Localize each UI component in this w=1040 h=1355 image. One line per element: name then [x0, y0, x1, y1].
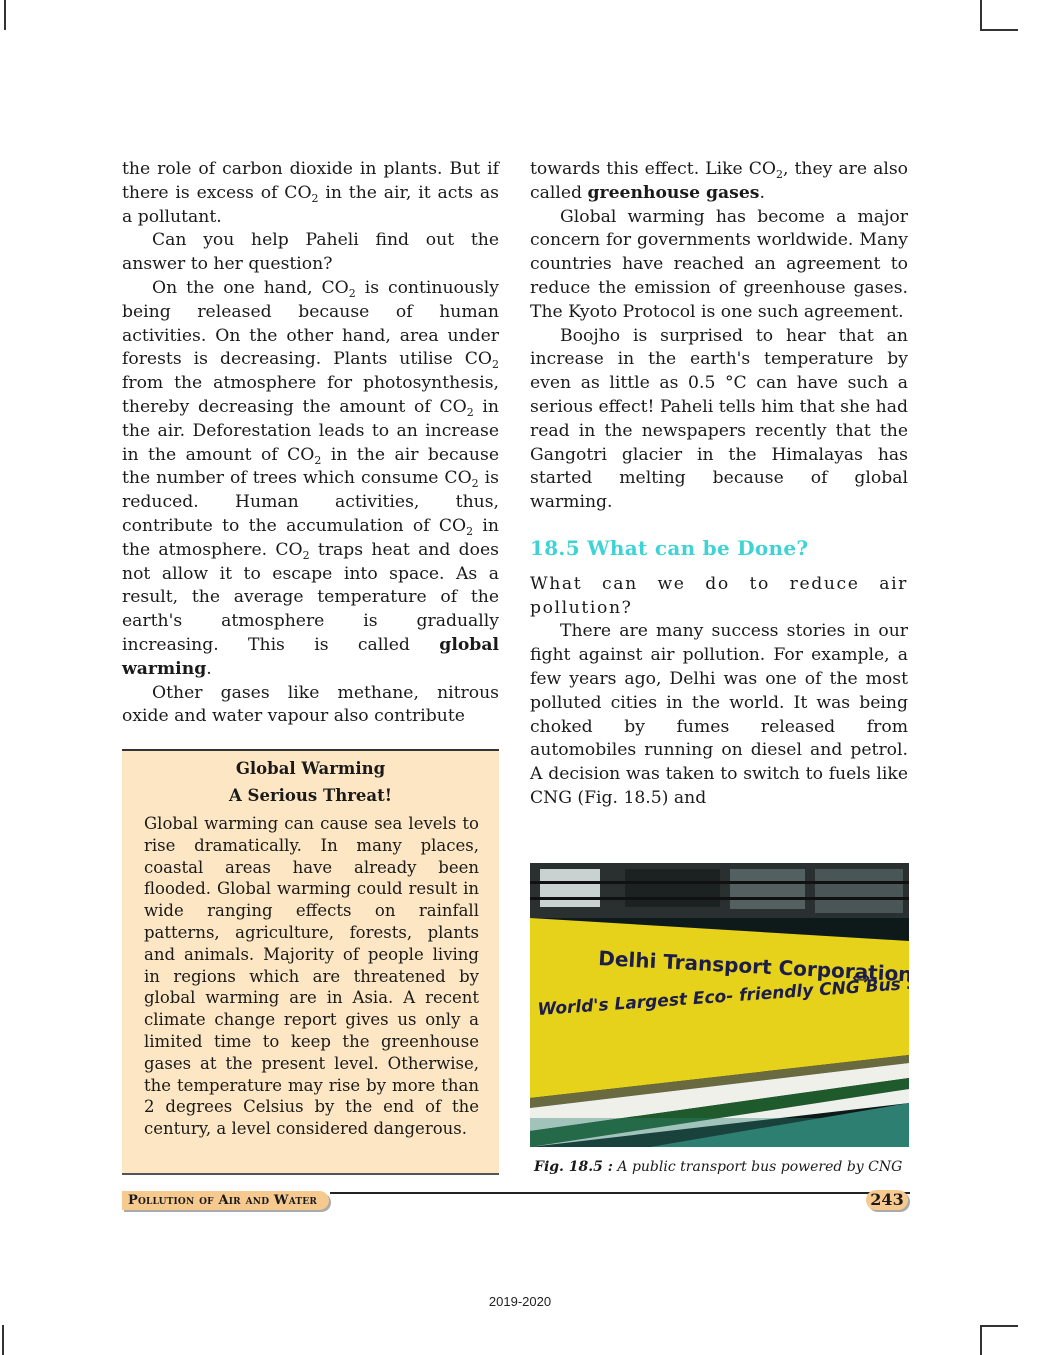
- crop-mark: [4, 0, 6, 30]
- paragraph: There are many success stories in our fi…: [530, 620, 908, 810]
- footer-rule: [330, 1192, 910, 1194]
- crop-mark: [980, 29, 1018, 31]
- figure-caption: Fig. 18.5 : A public transport bus power…: [534, 1159, 914, 1175]
- page-number: 243: [866, 1190, 908, 1210]
- bus-photo: Delhi Transport Corporation World's Larg…: [530, 863, 909, 1147]
- edition-year: 2019-2020: [0, 1294, 1040, 1309]
- right-column: towards this effect. Like CO2, they are …: [530, 158, 908, 811]
- section-heading: 18.5 What can be Done?: [530, 537, 908, 561]
- left-column: the role of carbon dioxide in plants. Bu…: [122, 158, 499, 729]
- paragraph: towards this effect. Like CO2, they are …: [530, 158, 908, 206]
- crop-mark: [2, 1325, 4, 1355]
- paragraph: On the one hand, CO2 is continuously bei…: [122, 277, 499, 682]
- box-subtitle: A Serious Threat!: [122, 786, 499, 805]
- bus-illustration: Delhi Transport Corporation World's Larg…: [530, 863, 909, 1147]
- box-title: Global Warming: [122, 759, 499, 778]
- paragraph: What can we do to reduce air pollution?: [530, 573, 908, 621]
- paragraph: Other gases like methane, nitrous oxide …: [122, 682, 499, 730]
- paragraph: Boojho is surprised to hear that an incr…: [530, 325, 908, 515]
- svg-text:⇔: ⇔: [852, 966, 870, 991]
- crop-mark: [980, 0, 982, 30]
- paragraph: Global warming has become a major concer…: [530, 206, 908, 325]
- figure-label: Fig. 18.5 :: [534, 1159, 613, 1175]
- info-box: Global Warming A Serious Threat! Global …: [122, 749, 499, 1175]
- crop-mark: [980, 1325, 982, 1355]
- paragraph: Can you help Paheli find out the answer …: [122, 229, 499, 277]
- chapter-title-tab: Pollution of Air and Water: [122, 1191, 329, 1210]
- paragraph: the role of carbon dioxide in plants. Bu…: [122, 158, 499, 229]
- key-term: greenhouse gases: [588, 183, 760, 203]
- crop-mark: [980, 1325, 1018, 1327]
- box-body: Global warming can cause sea levels to r…: [144, 813, 479, 1140]
